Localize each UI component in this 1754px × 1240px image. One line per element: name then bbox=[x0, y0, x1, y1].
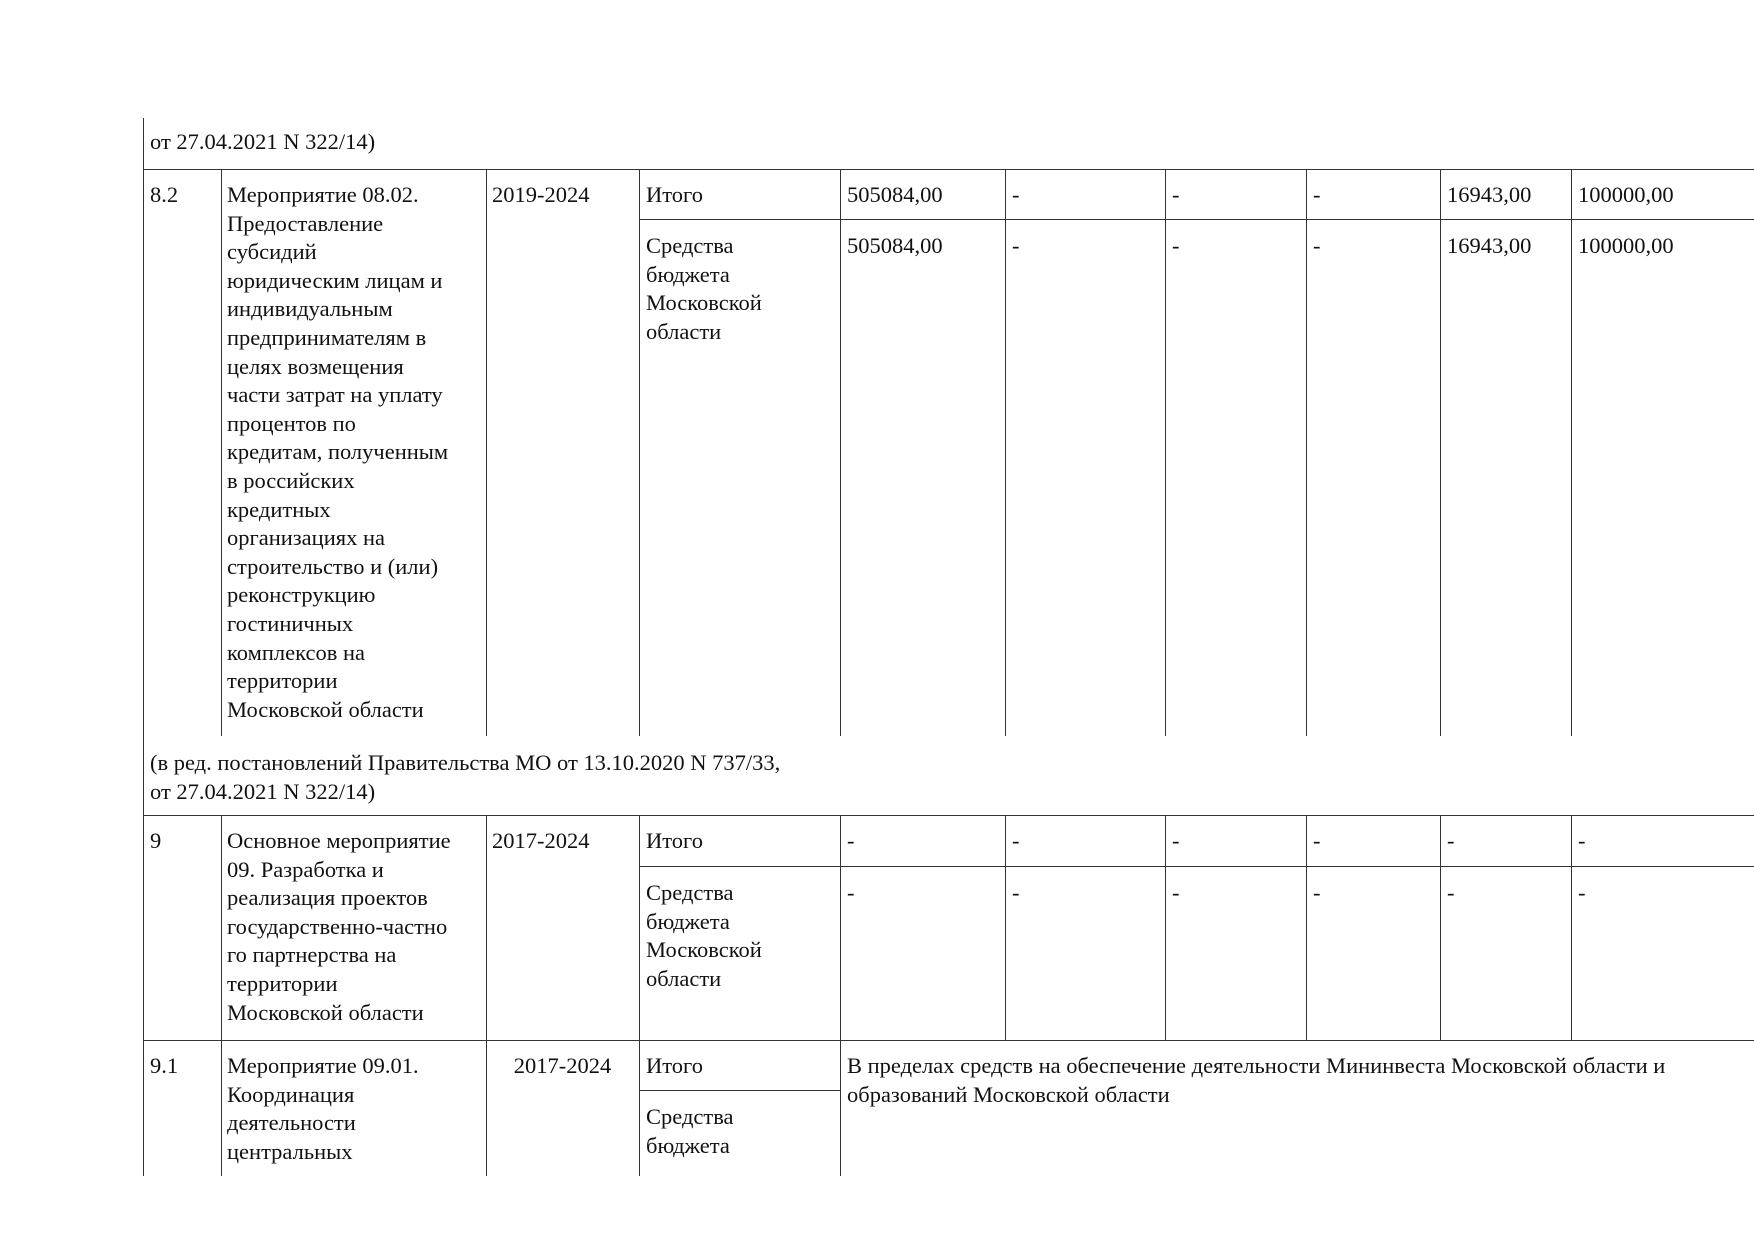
source-label-line: области bbox=[646, 318, 762, 347]
row-title-line: юридическим лицам и bbox=[227, 267, 448, 296]
value-cell: - bbox=[847, 879, 855, 908]
row-title-line: Московской области bbox=[227, 999, 451, 1028]
row-title-line: целях возмещения bbox=[227, 353, 448, 382]
value-cell: - bbox=[1313, 232, 1321, 261]
col-divider bbox=[221, 815, 222, 1040]
row-period: 2019-2024 bbox=[492, 181, 590, 210]
col-divider bbox=[639, 1040, 640, 1176]
row-title-line: территории bbox=[227, 970, 451, 999]
value-cell: - bbox=[1447, 879, 1455, 908]
value-cell: 100000,00 bbox=[1578, 232, 1674, 261]
col-divider bbox=[1165, 169, 1166, 736]
source-label-line: бюджета bbox=[646, 1132, 734, 1161]
amendment-note-line: от 27.04.2021 N 322/14) bbox=[150, 778, 780, 807]
col-divider bbox=[1005, 169, 1006, 736]
table-border-left bbox=[143, 118, 144, 1176]
source-label-budget: Средства бюджета Московской области bbox=[646, 879, 762, 993]
value-cell: - bbox=[1447, 827, 1455, 856]
value-cell: 100000,00 bbox=[1578, 181, 1674, 210]
row-title-line: субсидий bbox=[227, 238, 448, 267]
row-9-subrow-divider bbox=[639, 866, 1754, 867]
value-cell: - bbox=[1172, 232, 1180, 261]
row-title-line: предпринимателям в bbox=[227, 324, 448, 353]
row-title-line: реализация проектов bbox=[227, 884, 451, 913]
row-title-line: в российских bbox=[227, 467, 448, 496]
row-period: 2017-2024 bbox=[486, 1052, 639, 1081]
row-title-line: Мероприятие 09.01. bbox=[227, 1052, 419, 1081]
col-divider bbox=[639, 815, 640, 1040]
col-divider bbox=[1165, 815, 1166, 1040]
document-page: от 27.04.2021 N 322/14) 8.2 Мероприятие … bbox=[0, 0, 1754, 1240]
row-8-2-subrow-divider bbox=[639, 219, 1754, 220]
row-title-line: кредитам, полученным bbox=[227, 438, 448, 467]
row-title-line: центральных bbox=[227, 1138, 419, 1167]
row-title-line: организациях на bbox=[227, 524, 448, 553]
amendment-note-line: (в ред. постановлений Правительства МО о… bbox=[150, 749, 780, 778]
value-cell: - bbox=[1578, 827, 1586, 856]
row-title-line: кредитных bbox=[227, 496, 448, 525]
value-cell: - bbox=[1313, 879, 1321, 908]
col-divider bbox=[1306, 815, 1307, 1040]
row-title-line: го партнерства на bbox=[227, 941, 451, 970]
value-cell: - bbox=[1012, 879, 1020, 908]
col-divider bbox=[1440, 169, 1441, 736]
value-cell: - bbox=[1578, 879, 1586, 908]
amendment-note: (в ред. постановлений Правительства МО о… bbox=[150, 749, 780, 806]
value-cell: - bbox=[1012, 232, 1020, 261]
col-divider bbox=[221, 169, 222, 736]
merged-note-line: образований Московской области bbox=[847, 1081, 1665, 1110]
row-title-line: территории bbox=[227, 667, 448, 696]
value-cell: - bbox=[1313, 827, 1321, 856]
row-title-line: строительство и (или) bbox=[227, 553, 448, 582]
col-divider bbox=[1005, 815, 1006, 1040]
source-label-total: Итого bbox=[646, 827, 703, 856]
row-title-line: 09. Разработка и bbox=[227, 856, 451, 885]
row-number: 9.1 bbox=[150, 1052, 178, 1081]
source-label-line: Московской bbox=[646, 936, 762, 965]
row-title-line: части затрат на уплату bbox=[227, 381, 448, 410]
source-label-budget: Средства бюджета Московской области bbox=[646, 232, 762, 346]
row-title-line: процентов по bbox=[227, 410, 448, 439]
row-title-line: Основное мероприятие bbox=[227, 827, 451, 856]
row-title-line: гостиничных bbox=[227, 610, 448, 639]
row-number: 8.2 bbox=[150, 181, 178, 210]
row-title-line: индивидуальным bbox=[227, 295, 448, 324]
value-cell: - bbox=[1012, 181, 1020, 210]
col-divider bbox=[1571, 169, 1572, 736]
row-9-top-border bbox=[143, 815, 1754, 816]
row-8-2-top-border bbox=[143, 169, 1754, 170]
row-title-line: реконструкцию bbox=[227, 581, 448, 610]
row-title-line: Мероприятие 08.02. bbox=[227, 181, 448, 210]
merged-note-line: В пределах средств на обеспечение деятел… bbox=[847, 1052, 1665, 1081]
source-label-total: Итого bbox=[646, 1052, 703, 1081]
value-cell: - bbox=[1172, 827, 1180, 856]
col-divider bbox=[1306, 169, 1307, 736]
source-label-line: Средства bbox=[646, 1103, 734, 1132]
row-title-line: комплексов на bbox=[227, 639, 448, 668]
value-cell: 16943,00 bbox=[1447, 181, 1531, 210]
source-label-line: Средства bbox=[646, 232, 762, 261]
row-period: 2017-2024 bbox=[492, 827, 590, 856]
col-divider bbox=[840, 169, 841, 736]
col-divider bbox=[840, 1040, 841, 1176]
value-cell: 505084,00 bbox=[847, 181, 943, 210]
row-title-line: государственно-частно bbox=[227, 913, 451, 942]
row-title-line: Московской области bbox=[227, 696, 448, 725]
col-divider bbox=[639, 169, 640, 736]
value-cell: - bbox=[1172, 879, 1180, 908]
row-9-1-subrow-divider bbox=[639, 1090, 840, 1091]
value-cell: - bbox=[1313, 181, 1321, 210]
source-label-line: Московской bbox=[646, 289, 762, 318]
row-title-line: Предоставление bbox=[227, 210, 448, 239]
source-label-line: бюджета bbox=[646, 908, 762, 937]
value-cell: - bbox=[1012, 827, 1020, 856]
value-cell: - bbox=[1172, 181, 1180, 210]
source-label-budget: Средства бюджета bbox=[646, 1103, 734, 1160]
row-title-line: Координация bbox=[227, 1081, 419, 1110]
value-cell: 505084,00 bbox=[847, 232, 943, 261]
row-number: 9 bbox=[150, 827, 161, 856]
merged-note-cell: В пределах средств на обеспечение деятел… bbox=[847, 1052, 1665, 1109]
row-title: Основное мероприятие 09. Разработка и ре… bbox=[227, 827, 451, 1027]
col-divider bbox=[1440, 815, 1441, 1040]
col-divider bbox=[840, 815, 841, 1040]
col-divider bbox=[221, 1040, 222, 1176]
col-divider bbox=[486, 169, 487, 736]
row-title: Мероприятие 08.02. Предоставление субсид… bbox=[227, 181, 448, 724]
source-label-line: Средства bbox=[646, 879, 762, 908]
value-cell: - bbox=[847, 827, 855, 856]
source-label-total: Итого bbox=[646, 181, 703, 210]
source-label-line: бюджета bbox=[646, 261, 762, 290]
col-divider bbox=[1571, 815, 1572, 1040]
top-fragment-note: от 27.04.2021 N 322/14) bbox=[150, 128, 375, 157]
source-label-line: области bbox=[646, 965, 762, 994]
col-divider bbox=[486, 815, 487, 1040]
row-title: Мероприятие 09.01. Координация деятельно… bbox=[227, 1052, 419, 1166]
value-cell: 16943,00 bbox=[1447, 232, 1531, 261]
row-9-1-top-border bbox=[143, 1040, 1754, 1041]
row-title-line: деятельности bbox=[227, 1109, 419, 1138]
